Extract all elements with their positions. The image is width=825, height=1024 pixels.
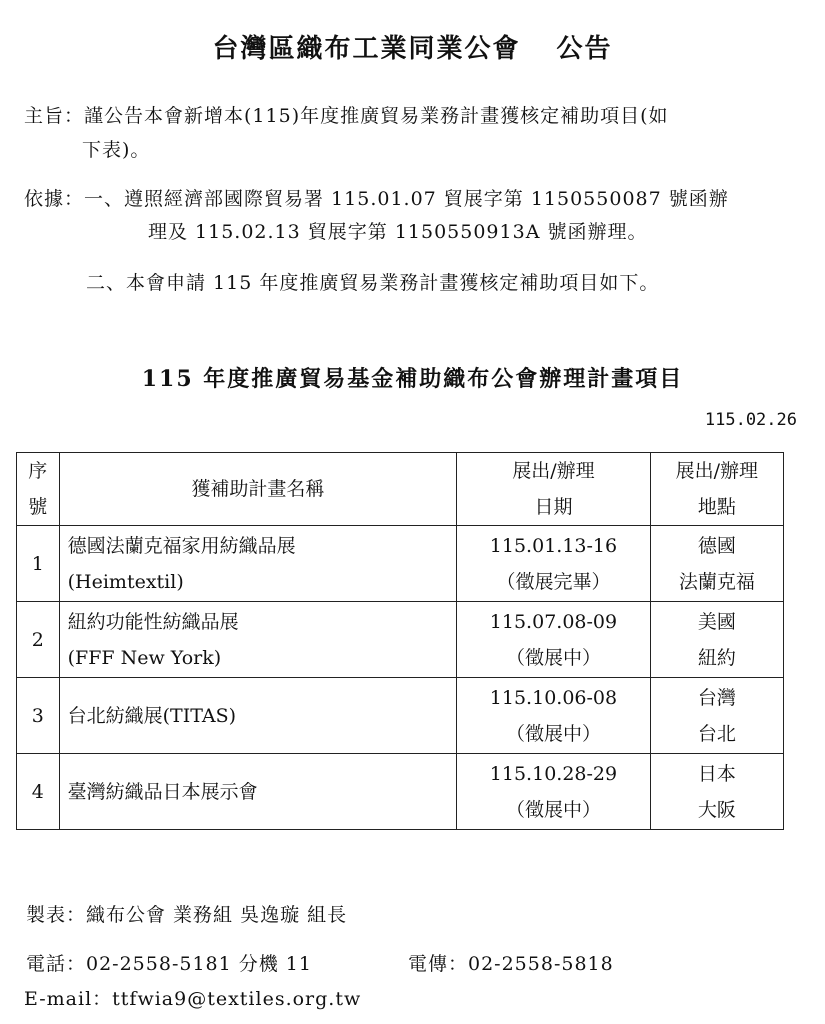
row-location: 德國 法蘭克福 bbox=[650, 526, 783, 602]
fax-number: 電傳：02-2558-5818 bbox=[408, 949, 614, 976]
doc-type: 公告 bbox=[557, 34, 613, 64]
row-location: 台灣 台北 bbox=[650, 678, 783, 754]
row-location: 美國 紐約 bbox=[650, 602, 783, 678]
header-date: 展出/辦理 日期 bbox=[457, 453, 651, 526]
row-date: 115.10.28-29 （徵展中） bbox=[457, 754, 651, 830]
row-serial-no: 2 bbox=[17, 602, 60, 678]
table-row: 1 德國法蘭克福家用紡織品展 (Heimtextil) 115.01.13-16… bbox=[17, 526, 784, 602]
subject-line-2: 下表)。 bbox=[82, 135, 150, 162]
basis-item-2: 二、本會申請 115 年度推廣貿易業務計畫獲核定補助項目如下。 bbox=[86, 268, 659, 295]
table-date: 115.02.26 bbox=[705, 410, 797, 430]
row-location: 日本 大阪 bbox=[650, 754, 783, 830]
row-serial-no: 4 bbox=[17, 754, 60, 830]
row-plan-name: 臺灣紡織品日本展示會 bbox=[59, 754, 457, 830]
row-date: 115.07.08-09 （徵展中） bbox=[457, 602, 651, 678]
row-plan-name: 德國法蘭克福家用紡織品展 (Heimtextil) bbox=[59, 526, 457, 602]
subject-text: 謹公告本會新增本(115)年度推廣貿易業務計畫獲核定補助項目(如 bbox=[84, 105, 669, 127]
table-row: 4 臺灣紡織品日本展示會 115.10.28-29 （徵展中） 日本 大阪 bbox=[17, 754, 784, 830]
table-row: 2 紐約功能性紡織品展 (FFF New York) 115.07.08-09 … bbox=[17, 602, 784, 678]
row-date: 115.01.13-16 （徵展完畢） bbox=[457, 526, 651, 602]
subject-line-1: 主旨：謹公告本會新增本(115)年度推廣貿易業務計畫獲核定補助項目(如 bbox=[24, 101, 669, 128]
basis-item-1: 一、遵照經濟部國際貿易署 115.01.07 貿展字第 1150550087 號… bbox=[84, 188, 729, 210]
header-plan-name: 獲補助計畫名稱 bbox=[59, 453, 457, 526]
table-header-row: 序 號 獲補助計畫名稱 展出/辦理 日期 展出/辦理 地點 bbox=[17, 453, 784, 526]
table-row: 3 台北紡織展(TITAS) 115.10.06-08 （徵展中） 台灣 台北 bbox=[17, 678, 784, 754]
row-date: 115.10.06-08 （徵展中） bbox=[457, 678, 651, 754]
subject-label: 主旨： bbox=[24, 105, 84, 127]
prepared-by: 製表：織布公會 業務組 吳逸璇 組長 bbox=[26, 900, 347, 927]
phone-number: 電話：02-2558-5181 分機 11 bbox=[26, 949, 312, 976]
org-name: 台灣區織布工業同業公會 bbox=[212, 34, 520, 64]
email-address[interactable]: E-mail：ttfwia9@textiles.org.tw bbox=[24, 984, 361, 1011]
table-title: 115 年度推廣貿易基金補助織布公會辦理計畫項目 bbox=[0, 362, 825, 393]
row-plan-name: 紐約功能性紡織品展 (FFF New York) bbox=[59, 602, 457, 678]
header-serial-no: 序 號 bbox=[17, 453, 60, 526]
basis-line-1: 依據：一、遵照經濟部國際貿易署 115.01.07 貿展字第 115055008… bbox=[24, 184, 729, 211]
row-plan-name: 台北紡織展(TITAS) bbox=[59, 678, 457, 754]
announcement-title: 台灣區織布工業同業公會公告 bbox=[0, 28, 825, 65]
header-location: 展出/辦理 地點 bbox=[650, 453, 783, 526]
basis-label: 依據： bbox=[24, 188, 84, 210]
basis-item-1-cont: 理及 115.02.13 貿展字第 1150550913A 號函辦理。 bbox=[148, 217, 647, 244]
row-serial-no: 3 bbox=[17, 678, 60, 754]
row-serial-no: 1 bbox=[17, 526, 60, 602]
subsidy-plan-table: 序 號 獲補助計畫名稱 展出/辦理 日期 展出/辦理 地點 1 德國法蘭克福家用… bbox=[16, 452, 784, 830]
